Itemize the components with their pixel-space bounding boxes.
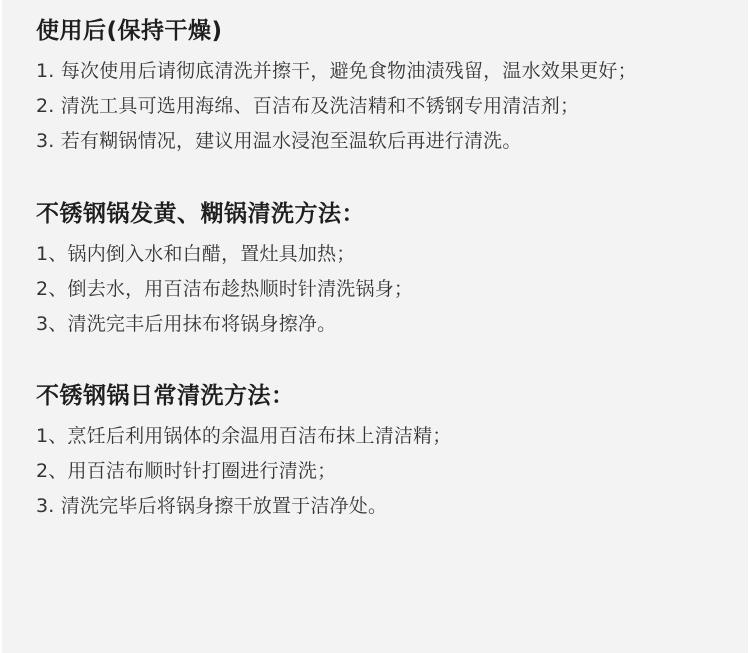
instruction-item: 2. 清洗工具可选用海绵、百洁布及洗洁精和不锈钢专用清洁剂； xyxy=(36,93,738,119)
instruction-item: 1、锅内倒入水和白醋，置灶具加热； xyxy=(36,241,738,267)
instruction-item: 3、清洗完丰后用抹布将锅身擦净。 xyxy=(36,311,738,337)
instruction-item: 3. 清洗完毕后将锅身擦干放置于洁净处。 xyxy=(36,493,738,519)
section-heading: 不锈钢锅发黄、糊锅清洗方法： xyxy=(36,199,738,229)
instruction-item: 2、倒去水，用百洁布趁热顺时针清洗锅身； xyxy=(36,276,738,302)
instruction-item: 2、用百洁布顺时针打圈进行清洗； xyxy=(36,458,738,484)
instruction-list: 1. 每次使用后请彻底清洗并擦干，避免食物油渍残留，温水效果更好； 2. 清洗工… xyxy=(36,58,738,154)
instruction-item: 3. 若有糊锅情况，建议用温水浸泡至温软后再进行清洗。 xyxy=(36,128,738,154)
instruction-list: 1、烹饪后利用锅体的余温用百洁布抹上清洁精； 2、用百洁布顺时针打圈进行清洗； … xyxy=(36,423,738,519)
section-heading: 使用后(保持干燥) xyxy=(36,16,738,46)
section-after-use: 使用后(保持干燥) 1. 每次使用后请彻底清洗并擦干，避免食物油渍残留，温水效果… xyxy=(36,16,738,163)
section-daily-cleaning: 不锈钢锅日常清洗方法： 1、烹饪后利用锅体的余温用百洁布抹上清洁精； 2、用百洁… xyxy=(36,381,738,528)
cleaning-instructions-page: 使用后(保持干燥) 1. 每次使用后请彻底清洗并擦干，避免食物油渍残留，温水效果… xyxy=(2,0,748,653)
instruction-list: 1、锅内倒入水和白醋，置灶具加热； 2、倒去水，用百洁布趁热顺时针清洗锅身； 3… xyxy=(36,241,738,337)
instruction-item: 1、烹饪后利用锅体的余温用百洁布抹上清洁精； xyxy=(36,423,738,449)
section-heading: 不锈钢锅日常清洗方法： xyxy=(36,381,738,411)
section-yellowing-burnt-cleaning: 不锈钢锅发黄、糊锅清洗方法： 1、锅内倒入水和白醋，置灶具加热； 2、倒去水，用… xyxy=(36,199,738,346)
instruction-item: 1. 每次使用后请彻底清洗并擦干，避免食物油渍残留，温水效果更好； xyxy=(36,58,738,84)
